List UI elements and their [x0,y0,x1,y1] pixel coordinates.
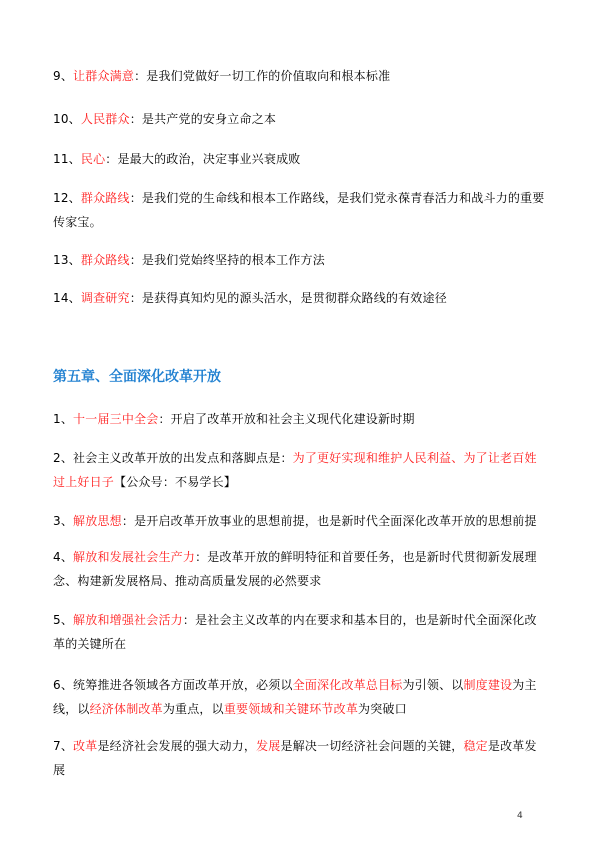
separator: ： [195,550,207,564]
item-text: 为重点，以 [163,702,224,716]
item-text: 是我们党始终坚持的根本工作方法 [142,253,325,267]
item-text: 是获得真知灼见的源头活水，是贯彻群众路线的有效途径 [142,291,447,305]
item-text: 是经济社会发展的强大动力， [97,739,256,753]
list-item-12: 12、群众路线：是我们党的生命线和根本工作路线，是我们党永葆青春活力和战斗力的重… [53,186,545,234]
highlighted-term: 改革 [73,739,97,753]
list-item-13: 13、群众路线：是我们党始终坚持的根本工作方法 [53,248,545,272]
highlighted-term: 重要领域和关键环节改革 [224,702,358,716]
item-number: 1、 [53,412,73,426]
highlighted-term: 稳定 [463,739,487,753]
chapter-item-4: 4、解放和发展社会生产力：是改革开放的鲜明特征和首要任务，也是新时代贯彻新发展理… [53,545,545,593]
highlighted-term: 制度建设 [463,678,512,692]
item-number: 2、 [53,451,73,465]
item-number: 4、 [53,550,73,564]
item-number: 11、 [53,152,81,166]
item-text: 是开启改革开放事业的思想前提，也是新时代全面深化改革开放的思想前提 [134,514,537,528]
item-number: 10、 [53,112,81,126]
highlighted-term: 民心 [81,152,105,166]
chapter-heading: 第五章、全面深化改革开放 [53,366,221,388]
item-number: 7、 [53,739,73,753]
chapter-item-3: 3、解放思想：是开启改革开放事业的思想前提，也是新时代全面深化改革开放的思想前提 [53,509,545,533]
highlighted-term: 全面深化改革总目标 [293,678,403,692]
separator: ： [105,152,117,166]
list-item-9: 9、让群众满意：是我们党做好一切工作的价值取向和根本标准 [53,64,545,88]
item-lead-text: 社会主义改革开放的出发点和落脚点是： [73,451,293,465]
item-number: 5、 [53,613,73,627]
item-number: 6、 [53,678,73,692]
highlighted-term: 发展 [256,739,280,753]
highlighted-term: 解放思想 [73,514,122,528]
separator: ： [122,514,134,528]
highlighted-term: 解放和增强社会活力 [73,613,183,627]
page-number: 4 [517,811,523,821]
list-item-11: 11、民心：是最大的政治，决定事业兴衰成败 [53,147,545,171]
item-number: 3、 [53,514,73,528]
item-text: 统筹推进各领域各方面改革开放，必须以 [73,678,293,692]
item-number: 9、 [53,69,73,83]
item-number: 12、 [53,191,81,205]
separator: ： [134,69,146,83]
separator: ： [130,253,142,267]
highlighted-term: 解放和发展社会生产力 [73,550,195,564]
item-text: 为引领、以 [402,678,463,692]
separator: ： [183,613,195,627]
item-text: 是解决一切经济社会问题的关键， [280,739,463,753]
item-text: 为突破口 [358,702,407,716]
highlighted-term: 调查研究 [81,291,130,305]
item-tail-text: 【公众号：不易学长】 [114,475,236,489]
chapter-item-6: 6、统筹推进各领域各方面改革开放，必须以全面深化改革总目标为引领、以制度建设为主… [53,673,545,721]
list-item-10: 10、人民群众：是共产党的安身立命之本 [53,107,545,131]
item-number: 14、 [53,291,81,305]
separator: ： [158,412,170,426]
separator: ： [130,291,142,305]
highlighted-term: 十一届三中全会 [73,412,158,426]
item-text: 是共产党的安身立命之本 [142,112,276,126]
item-text: 开启了改革开放和社会主义现代化建设新时期 [171,412,415,426]
chapter-item-2: 2、社会主义改革开放的出发点和落脚点是：为了更好实现和维护人民利益、为了让老百姓… [53,446,545,494]
separator: ： [130,112,142,126]
highlighted-term: 群众路线 [81,253,130,267]
chapter-item-7: 7、改革是经济社会发展的强大动力，发展是解决一切经济社会问题的关键，稳定是改革发… [53,734,545,782]
highlighted-term: 经济体制改革 [90,702,163,716]
highlighted-term: 人民群众 [81,112,130,126]
item-text: 是我们党做好一切工作的价值取向和根本标准 [146,69,390,83]
item-number: 13、 [53,253,81,267]
highlighted-term: 群众路线 [81,191,130,205]
chapter-item-1: 1、十一届三中全会：开启了改革开放和社会主义现代化建设新时期 [53,407,545,431]
chapter-item-5: 5、解放和增强社会活力：是社会主义改革的内在要求和基本目的，也是新时代全面深化改… [53,608,545,656]
highlighted-term: 让群众满意 [73,69,134,83]
document-page: 9、让群众满意：是我们党做好一切工作的价值取向和根本标准 10、人民群众：是共产… [0,0,596,842]
item-text: 是最大的政治，决定事业兴衰成败 [117,152,300,166]
list-item-14: 14、调查研究：是获得真知灼见的源头活水，是贯彻群众路线的有效途径 [53,286,545,310]
separator: ： [130,191,142,205]
